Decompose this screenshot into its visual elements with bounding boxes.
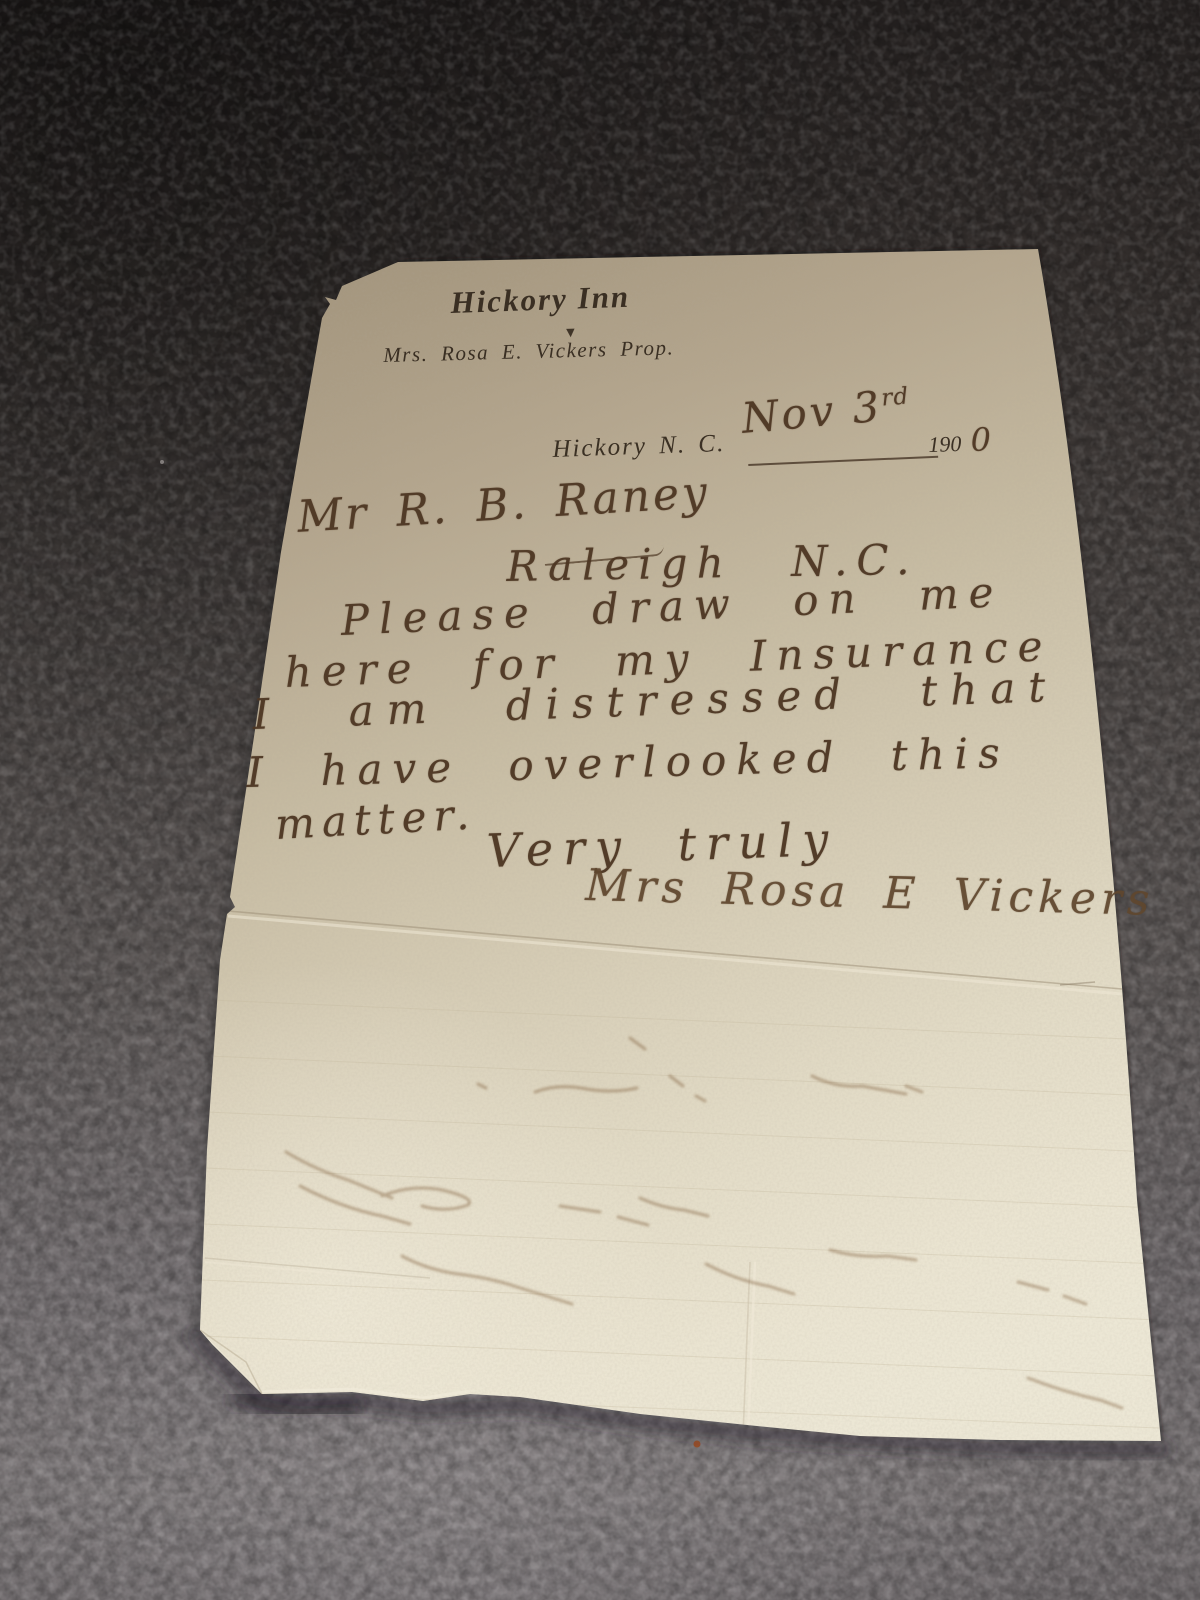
dateline-place: Hickory N. C. bbox=[552, 431, 726, 462]
dateline-year-handwritten: 0 bbox=[970, 423, 991, 456]
letterhead-ornament-icon: ▼ bbox=[566, 327, 575, 338]
photo-background bbox=[0, 0, 1200, 1600]
dateline-year-printed: 190 bbox=[928, 433, 962, 456]
date-ordinal-suffix: rd bbox=[880, 383, 910, 411]
photo-of-letter: Hickory Inn ▼ Mrs. Rosa E. Vickers Prop.… bbox=[0, 0, 1200, 1600]
carpet-speck bbox=[694, 1441, 701, 1448]
letterhead-inn-name: Hickory Inn bbox=[450, 281, 631, 318]
body-line-5: matter. bbox=[274, 793, 477, 845]
